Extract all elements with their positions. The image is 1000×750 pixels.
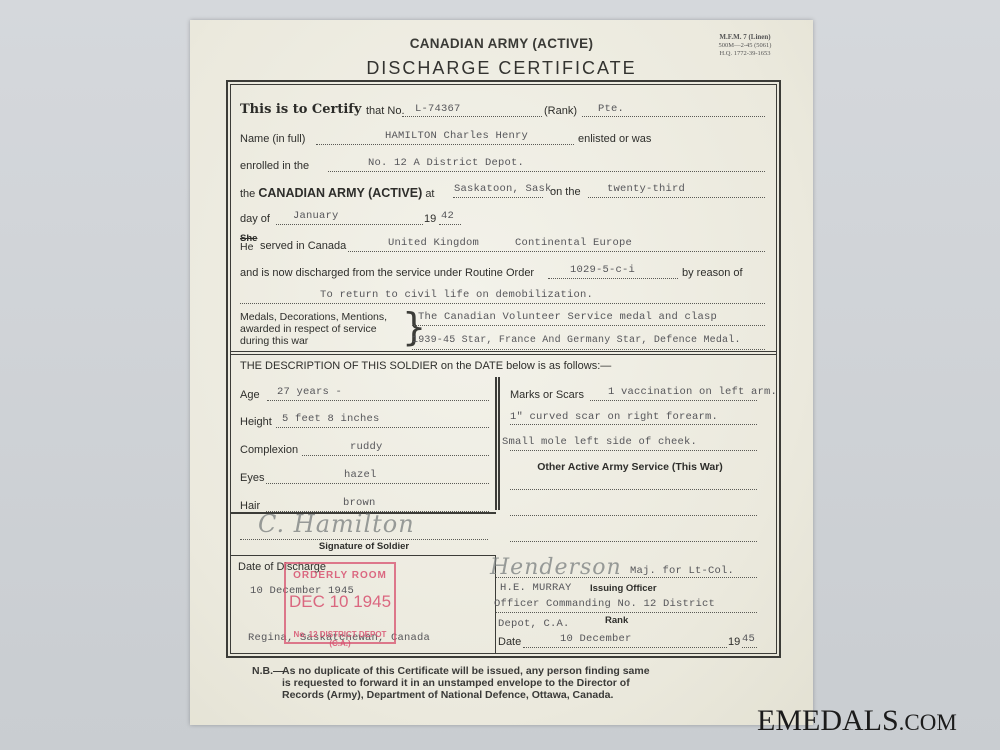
discharge-certificate: CANADIAN ARMY (ACTIVE) DISCHARGE CERTIFI…: [190, 20, 813, 725]
orderly-room-stamp: ORDERLY ROOM DEC 10 1945 No. 12 DISTRICT…: [284, 562, 396, 644]
enlistment-day: twenty-third: [607, 183, 685, 195]
medals-line1: The Canadian Volunteer Service medal and…: [418, 311, 717, 323]
officer-name: H.E. MURRAY: [500, 582, 572, 594]
form-number: M.F.M. 7 (Linen) 500M—2-45 (5061) H.Q. 1…: [690, 33, 800, 59]
routine-order: 1029-5-c-i: [570, 264, 635, 276]
signature-label: Signature of Soldier: [240, 541, 488, 552]
number-label: that No.: [366, 105, 405, 117]
marks-line1: 1 vaccination on left arm.: [608, 386, 777, 398]
enlistment-place: Saskatoon, Sask.: [454, 183, 558, 195]
eyes-value: hazel: [344, 469, 377, 481]
officer-date: 10 December: [560, 633, 632, 645]
nb-label: N.B.—: [252, 665, 284, 677]
officer-title2: Depot, C.A.: [498, 618, 570, 630]
rank-value: Pte.: [598, 103, 624, 115]
rank-caption: Rank: [605, 615, 628, 626]
certify-intro: This is to Certify: [240, 102, 361, 117]
service-number: L-74367: [415, 103, 461, 115]
complexion-value: ruddy: [350, 441, 383, 453]
discharge-reason: To return to civil life on demobilizatio…: [320, 289, 593, 301]
enrolled-label: enrolled in the: [240, 160, 309, 172]
marks-line2: 1" curved scar on right forearm.: [510, 411, 718, 423]
served-europe: Continental Europe: [515, 237, 632, 249]
rank-label: (Rank): [544, 105, 577, 117]
officer-title1: Officer Commanding No. 12 District: [494, 598, 715, 610]
name-value: HAMILTON Charles Henry: [385, 130, 528, 142]
name-label: Name (in full): [240, 133, 305, 145]
medals-label: Medals, Decorations, Mentions, awarded i…: [240, 311, 387, 347]
enlistment-year: 42: [441, 210, 454, 222]
served-uk: United Kingdom: [388, 237, 479, 249]
enrolled-value: No. 12 A District Depot.: [368, 157, 524, 169]
title-certificate: DISCHARGE CERTIFICATE: [190, 58, 813, 79]
marks-line3: Small mole left side of cheek.: [502, 436, 697, 448]
issuing-officer-label: Issuing Officer: [590, 583, 657, 594]
medals-line2: 1939-45 Star, France And Germany Star, D…: [412, 335, 741, 346]
date-label: Date: [498, 636, 521, 648]
army-name: CANADIAN ARMY (ACTIVE): [258, 186, 422, 200]
soldier-signature: C. Hamilton: [258, 510, 415, 538]
enlistment-month: January: [293, 210, 339, 222]
description-heading: THE DESCRIPTION OF THIS SOLDIER on the D…: [240, 360, 611, 372]
nb-text: As no duplicate of this Certificate will…: [282, 665, 650, 701]
other-service-label: Other Active Army Service (This War): [500, 461, 760, 473]
officer-rank-for: Maj. for Lt-Col.: [630, 565, 734, 577]
officer-year: 45: [742, 633, 755, 645]
height-value: 5 feet 8 inches: [282, 413, 380, 425]
hair-value: brown: [343, 497, 376, 509]
age-value: 27 years -: [277, 386, 342, 398]
enlisted-label: enlisted or was: [578, 133, 651, 145]
emedals-watermark: EMEDALS.COM: [757, 704, 957, 738]
marks-label: Marks or Scars: [510, 389, 584, 401]
